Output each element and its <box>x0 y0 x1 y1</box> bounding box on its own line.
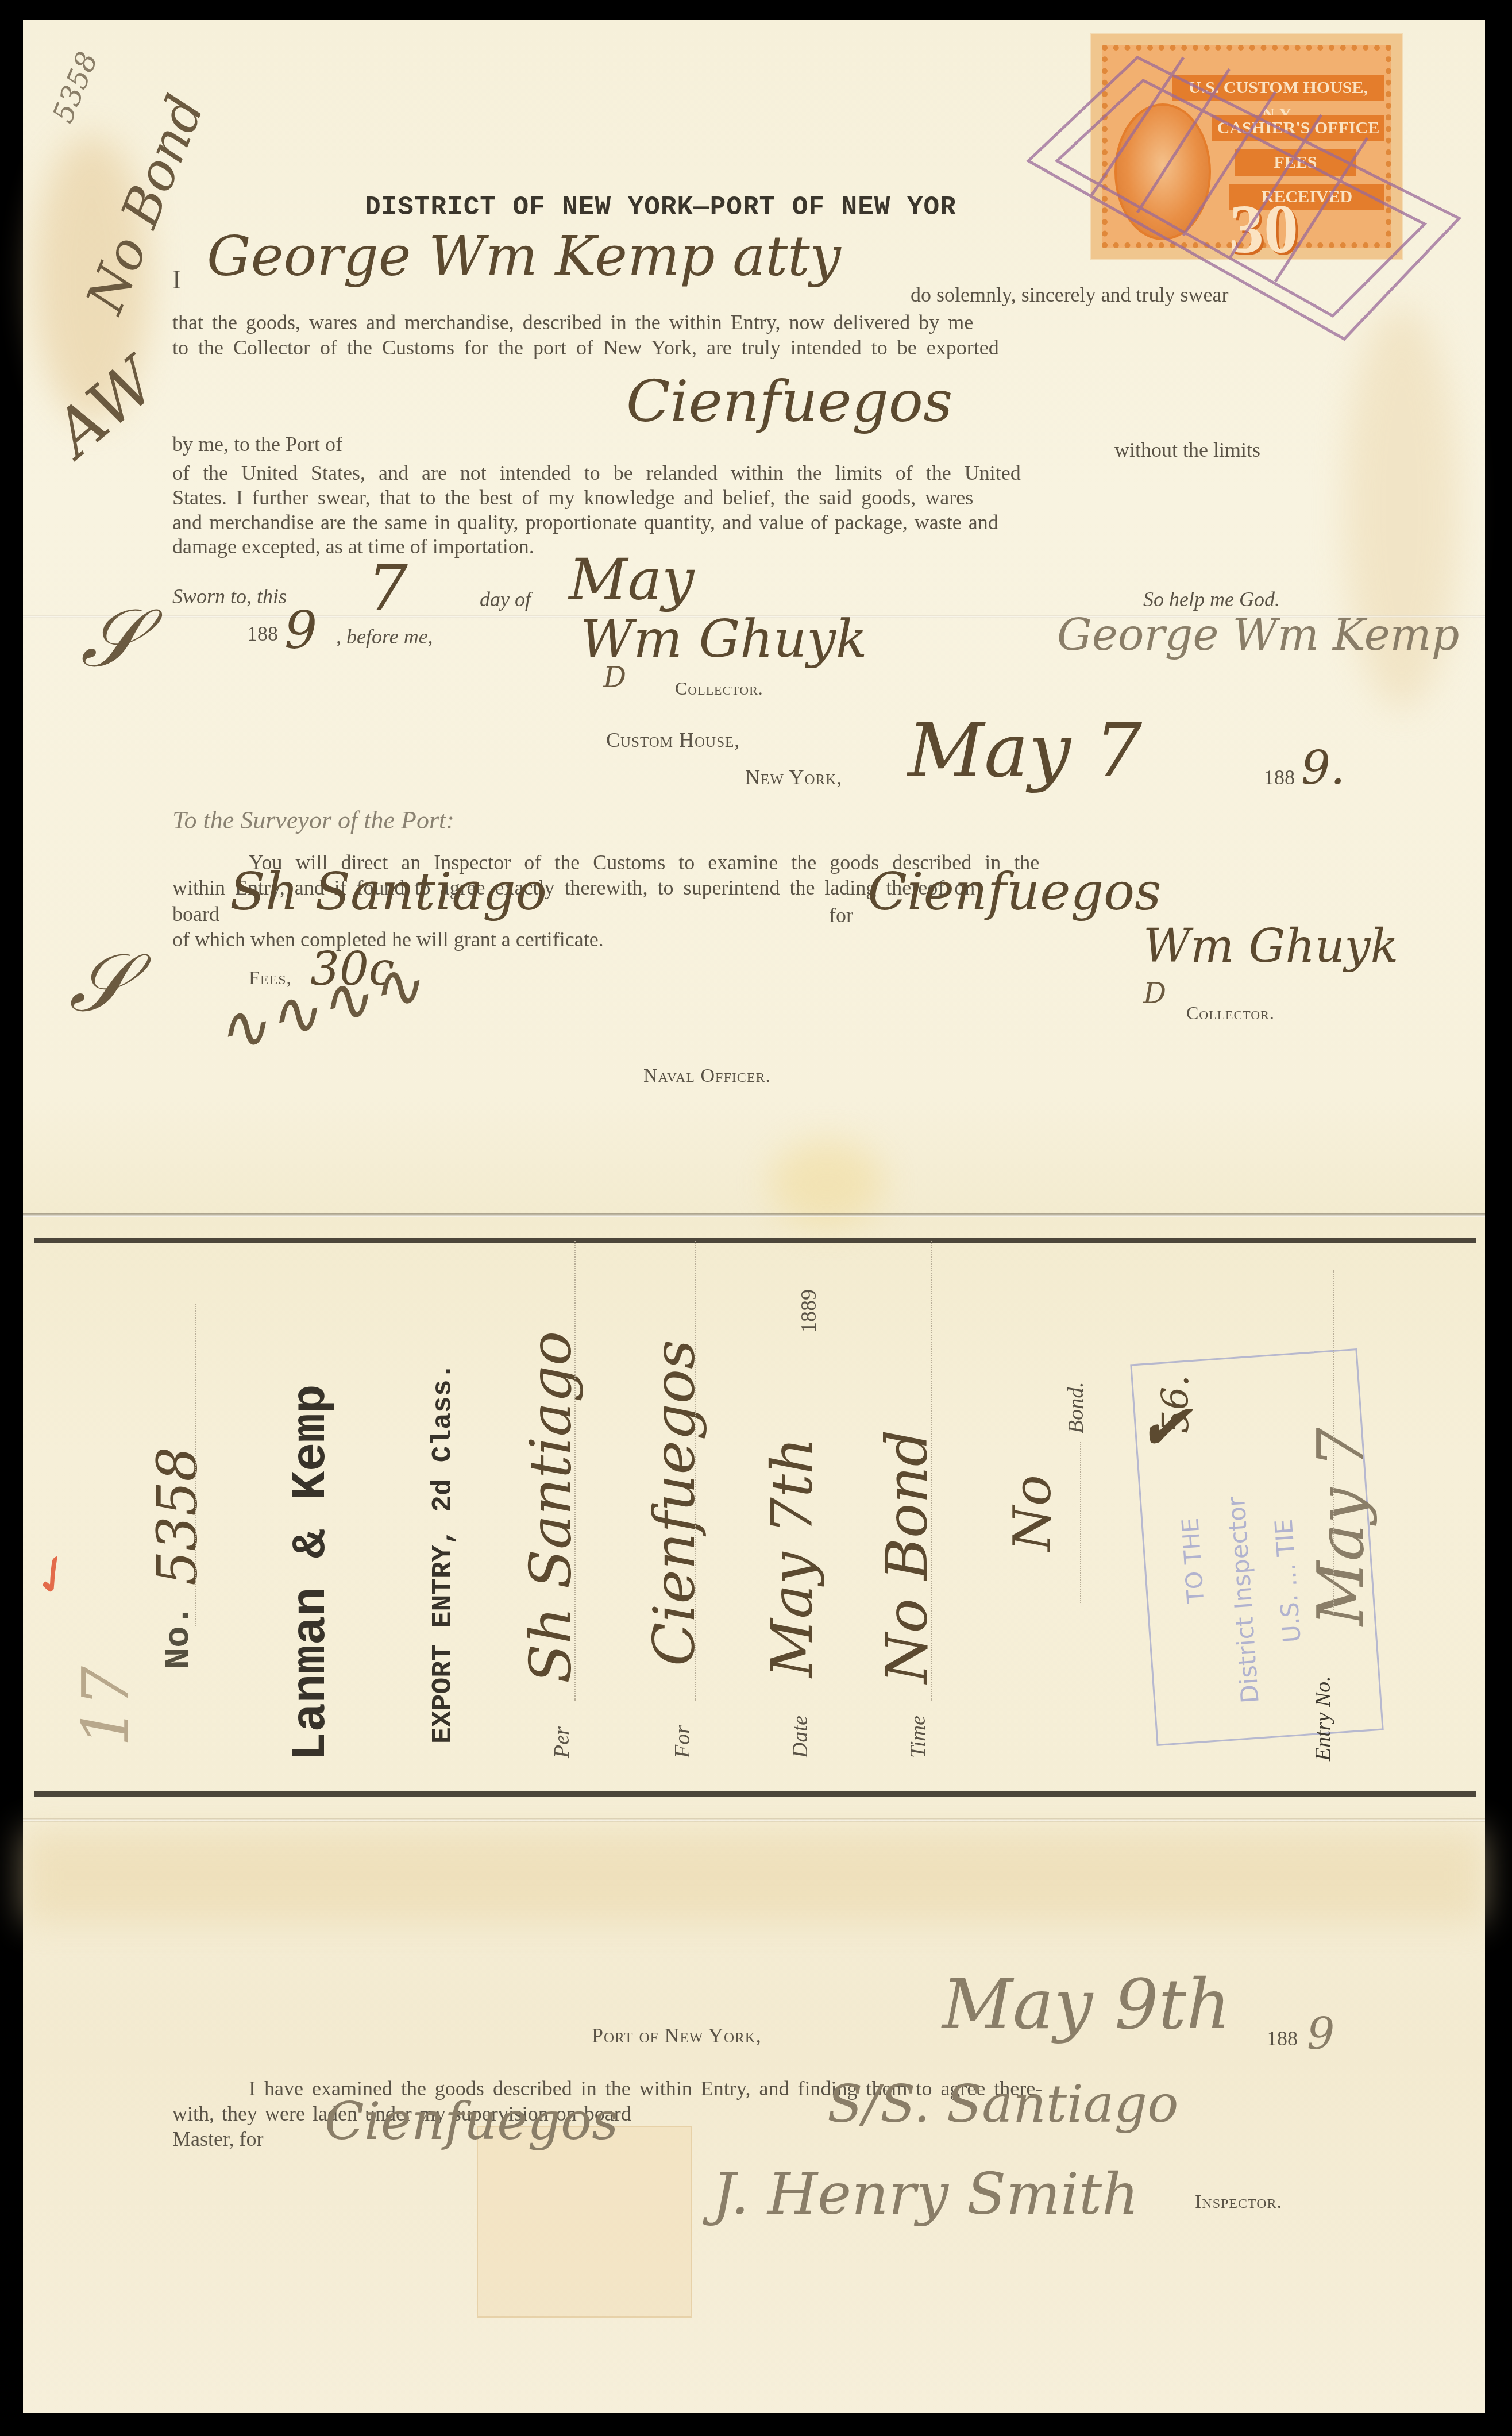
collector-label: Collector. <box>675 675 763 701</box>
port-prefix: by me, to the Port of <box>172 431 342 457</box>
year-prefix: 188 <box>247 620 278 647</box>
bond-value: No <box>1002 1475 1063 1551</box>
certificate-handwritten-destination: Cienfuegos <box>325 2091 618 2152</box>
stamp-value: 30 <box>1229 190 1298 269</box>
surveyor-heading: To the Surveyor of the Port: <box>172 807 454 834</box>
notary-flourish-icon: 𝒮 <box>69 936 131 1031</box>
top-rule <box>34 1238 1476 1243</box>
oath-line-6: States. I further swear, that to the bes… <box>172 484 973 511</box>
inspector-signature: J. Henry Smith <box>712 2160 1139 2227</box>
fold-line <box>23 1213 1485 1217</box>
blue-stamp-line-3: U.S. ... TIE <box>1270 1518 1306 1644</box>
handwritten-year-digit: 9 <box>284 600 317 661</box>
oath-line-1: do solemnly, sincerely and truly swear <box>911 282 1229 308</box>
margin-number: 17 <box>69 1666 142 1747</box>
handwritten-deponent-name: George Wm Kemp atty <box>207 224 841 288</box>
custom-house-handwritten-date: May 7 <box>908 707 1142 794</box>
before-me-label: , before me, <box>336 623 433 650</box>
oath-line-2: that the goods, wares and merchandise, d… <box>172 309 973 336</box>
handwritten-day: 7 <box>368 552 408 625</box>
number-fill-line <box>195 1304 196 1626</box>
firm-name: Lanman & Kemp <box>284 1385 339 1761</box>
oath-pronoun: I <box>172 264 181 295</box>
field-label-per: Per <box>549 1726 575 1758</box>
faint-stamp-impression <box>477 2126 692 2318</box>
bond-label: Bond. <box>1063 1382 1089 1433</box>
custom-house-year-digit: 9. <box>1301 741 1345 795</box>
collector-prefix-2: D <box>1143 977 1166 1010</box>
handwritten-entry-number: 5358 <box>146 1447 210 1586</box>
fill-line-per <box>574 1241 576 1701</box>
collector-prefix: D <box>603 661 626 694</box>
certificate-handwritten-vessel: S/S. Santiago <box>827 2074 1178 2134</box>
age-stain <box>23 1830 1485 1922</box>
custom-house-label: Custom House, <box>606 727 740 753</box>
oath-line-7: and merchandise are the same in quality,… <box>172 509 998 535</box>
for-label: for <box>829 902 853 928</box>
collector-signature-2: Wm Ghuyk <box>1143 919 1398 973</box>
stamp-issuer: U.S. CUSTOM HOUSE, N.Y. <box>1172 75 1384 101</box>
stamp-portrait-icon <box>1114 103 1211 240</box>
oath-line-3: to the Collector of the Customs for the … <box>172 334 999 361</box>
entry-no-label: Entry No. <box>1310 1676 1336 1761</box>
port-of-new-york-label: Port of New York, <box>592 2022 762 2049</box>
blue-stamp-line-2: District Inspector <box>1222 1496 1264 1705</box>
handwritten-vessel: Sh Santiago <box>230 862 547 922</box>
field-year-date: 1889 <box>796 1289 822 1333</box>
sworn-label: Sworn to, this <box>172 583 287 610</box>
port-suffix: without the limits <box>1114 437 1260 463</box>
new-york-label: New York, <box>745 764 842 791</box>
field-label-date: Date <box>787 1716 813 1758</box>
certificate-year-prefix: 188 <box>1267 2025 1298 2052</box>
stamp-office: CASHIER'S OFFICE <box>1212 115 1384 141</box>
bottom-rule <box>34 1791 1476 1797</box>
stamp-fees: FEES <box>1235 149 1356 176</box>
certificate-handwritten-date: May 9th <box>942 1965 1231 2045</box>
certificate-year-digit: 9 <box>1307 2008 1334 2059</box>
field-label-for: For <box>669 1725 696 1758</box>
oath-title: DISTRICT OF NEW YORK—PORT OF NEW YOR <box>365 192 956 222</box>
handwritten-port: Cienfuegos <box>626 368 952 435</box>
entry-no-value: May 7 <box>1304 1428 1378 1626</box>
blue-stamp-line-1: TO THE <box>1177 1517 1209 1604</box>
fill-line-time <box>931 1241 932 1701</box>
handwritten-destination: Cienfuegos <box>867 862 1161 922</box>
day-of-label: day of <box>480 586 531 612</box>
naval-officer-label: Naval Officer. <box>643 1063 771 1089</box>
oath-line-8: damage excepted, as at time of importati… <box>172 533 534 560</box>
fill-line-bond <box>1080 1442 1081 1603</box>
custom-house-year-prefix: 188 <box>1264 764 1295 791</box>
field-label-time: Time <box>905 1716 931 1758</box>
revenue-stamp: U.S. CUSTOM HOUSE, N.Y. CASHIER'S OFFICE… <box>1091 34 1402 259</box>
handwritten-month: May <box>569 546 695 613</box>
field-value-for: Cienfuegos <box>641 1340 708 1666</box>
fold-line <box>23 1818 1485 1822</box>
oath-line-5: of the United States, and are not intend… <box>172 460 1021 486</box>
number-label: No. <box>158 1605 199 1669</box>
collector-label-2: Collector. <box>1186 1000 1275 1026</box>
fill-line-entry <box>1333 1270 1334 1614</box>
deponent-signature: George Wm Kemp <box>1057 609 1459 660</box>
board-label: board <box>172 901 219 927</box>
entry-type: EXPORT ENTRY, 2d Class. <box>428 1363 459 1744</box>
fill-line-for <box>695 1241 696 1701</box>
field-value-date: May 7th <box>758 1437 826 1678</box>
master-for-label: Master, for <box>172 2126 264 2152</box>
notary-flourish-icon: 𝒮 <box>80 592 142 686</box>
inspector-label: Inspector. <box>1195 2189 1282 2215</box>
